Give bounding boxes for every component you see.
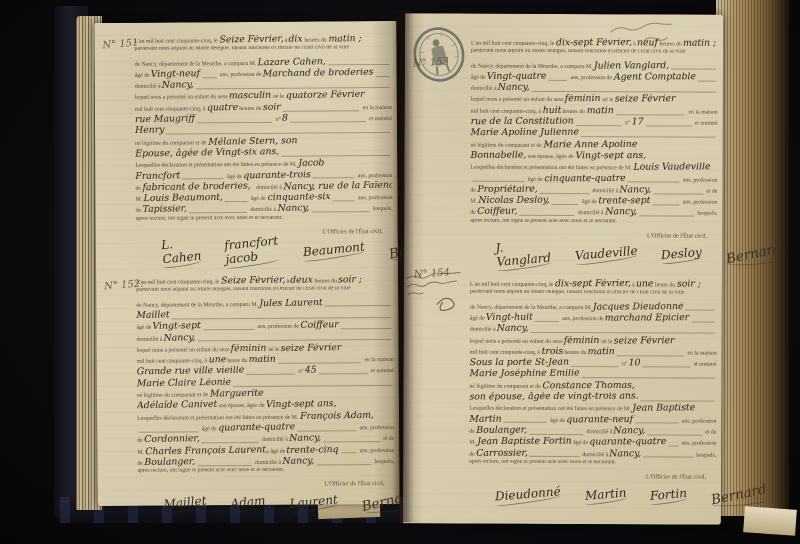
handwritten-text: une	[636, 279, 654, 288]
handwritten-text: Agent Comptable	[613, 72, 695, 82]
printed-text: né légitime du comparant et de	[469, 384, 542, 390]
printed-text: Lesquelles déclaration et présentation o…	[137, 415, 300, 422]
handwritten-text: Nancy,	[498, 83, 530, 92]
record-line: de Carrossier, domicilié à Nancy, lesque…	[469, 448, 716, 460]
ruled-line	[278, 361, 361, 364]
ruled-line	[283, 109, 360, 112]
handwritten-text: Jules Laurent	[259, 298, 322, 308]
printed-text: de Nancy, département de la Meurthe, a c…	[136, 303, 259, 310]
printed-text: âgé de	[135, 74, 151, 80]
printed-text: de	[469, 452, 476, 458]
printed-text: âgé de	[470, 317, 486, 323]
printed-text: né le	[267, 348, 281, 354]
handwritten-text: Seize Février,	[219, 34, 283, 44]
handwritten-text: quarante-trois	[243, 170, 311, 180]
printed-text: domicilié à	[581, 453, 610, 459]
handwritten-text: Nancy,	[164, 333, 196, 343]
handwritten-text: fabricant de broderies,	[142, 181, 250, 192]
ruled-line	[316, 463, 371, 465]
printed-text: et nommé	[369, 369, 393, 375]
handwritten-text: deux	[290, 275, 313, 285]
printed-text: de	[135, 187, 142, 193]
printed-text: âgé de	[549, 419, 567, 425]
handwritten-text: Nancy,	[497, 324, 529, 333]
handwritten-text: Vingt-quatre	[487, 72, 547, 82]
printed-text: mil huit cent cinquante-cinq, à	[135, 107, 207, 113]
ruled-line	[576, 124, 622, 126]
record-body: L'an mil huit cent cinquante-cinq, le di…	[469, 279, 717, 472]
handwritten-text: Henry	[135, 126, 164, 136]
printed-text: pardevant nous adjoint au Maire délégué,…	[470, 290, 685, 297]
printed-text: âgé de	[581, 200, 599, 206]
printed-text: après lecture, ont signé le présent acte…	[470, 218, 617, 225]
ruled-line	[648, 433, 702, 435]
handwritten-text: Nancy,	[282, 456, 314, 466]
printed-text: âgé de	[249, 197, 267, 203]
underlying-page-corner	[743, 506, 797, 536]
book-gutter-shadow	[392, 10, 414, 522]
handwritten-text: quarante-quatre	[589, 437, 666, 447]
ruled-line	[323, 440, 380, 442]
record-body: L'an mil huit cent cinquante-cinq, le di…	[470, 38, 718, 231]
printed-text: âgé de	[226, 175, 244, 181]
handwritten-text: Nancy, rue de la Faïencerie	[283, 181, 392, 192]
signatures-row: J. VanglardVaudevilleDesloy Bernard	[470, 239, 717, 270]
printed-text: heures du	[238, 107, 263, 113]
handwritten-text: François Adam,	[300, 411, 374, 421]
printed-text: domicilié à	[585, 430, 614, 436]
printed-text: et de	[704, 431, 716, 437]
ruled-line	[691, 320, 715, 322]
handwritten-text: matin ;	[328, 34, 361, 44]
ruled-line	[653, 192, 702, 194]
handwritten-text: Marie Anne Apoline	[543, 140, 637, 150]
handwritten-text: Nancy,	[277, 204, 309, 214]
signature: Martin	[584, 486, 627, 505]
ruled-line	[341, 452, 356, 454]
ruled-line	[297, 429, 356, 431]
handwritten-text: soir	[263, 102, 281, 112]
printed-text: heures du	[561, 110, 586, 116]
ruled-line	[617, 354, 684, 356]
ruled-line	[203, 328, 254, 330]
birth-record-153: N° 153 L'an mil huit cent cinquante-cinq…	[470, 38, 718, 270]
ruled-line	[581, 376, 714, 379]
printed-text: en la maison	[361, 106, 392, 112]
ruled-line	[581, 135, 716, 138]
record-line: après lecture, ont signé le présent acte…	[470, 218, 717, 230]
printed-text: son épouse, âgée de	[217, 404, 266, 410]
signature: Adam	[230, 494, 266, 513]
ruled-line	[472, 180, 524, 182]
handwritten-text: marchand Épicier	[605, 313, 689, 323]
printed-text: domicilié à	[471, 87, 498, 93]
handwritten-text: rue Maugriff	[135, 114, 195, 124]
handwritten-text: quatorze Février	[285, 90, 364, 100]
printed-text: lequel nous a présenté un enfant du sexe	[471, 98, 565, 104]
handwritten-text: trente-sept	[598, 196, 650, 206]
printed-text: de Nancy, département de la Meurthe, a c…	[471, 64, 594, 70]
ruled-line	[639, 215, 694, 217]
handwritten-text: féminin	[565, 94, 601, 104]
record-line: son épouse, âgée de vingt-trois ans.	[469, 392, 716, 404]
ruled-line	[641, 399, 715, 401]
printed-text: Lesquelles déclaration et présentation o…	[469, 407, 632, 414]
printed-text: lesquels,	[371, 207, 392, 213]
handwritten-text: rue de la Constitution	[471, 117, 574, 127]
printed-text: et nommé	[368, 117, 392, 123]
handwritten-text: Boulanger,	[476, 425, 527, 435]
ruled-line	[172, 316, 392, 320]
ruled-line	[535, 320, 559, 322]
printed-text: lesquels,	[695, 453, 716, 459]
ruled-line	[325, 304, 392, 306]
ruled-line	[668, 444, 678, 446]
handwritten-text: Jean Baptiste Fortin	[477, 437, 571, 447]
handwritten-text: Marie Joséphine Émilie	[470, 369, 580, 379]
signature: Beaumont	[302, 240, 365, 262]
printed-text: de Nancy, département de la Meurthe, a c…	[135, 62, 258, 69]
printed-text: ans, profession	[358, 448, 394, 454]
handwritten-text: Adélaïde Canivet	[137, 400, 217, 411]
ruled-line	[615, 113, 685, 115]
handwritten-text: soir ;	[338, 275, 362, 285]
printed-text: pardevant nous adjoint au Maire délégué,…	[471, 49, 686, 56]
ruled-line	[319, 372, 368, 374]
printed-text: ans, profession	[356, 174, 392, 180]
printed-text: heures du	[303, 38, 328, 44]
ruled-line	[685, 309, 714, 311]
handwritten-text: Louis Vaudeville	[633, 163, 710, 173]
signature: Fortin	[650, 486, 688, 505]
printed-text: en la maison	[687, 110, 718, 116]
ruled-line	[375, 75, 389, 77]
ruled-line	[552, 203, 579, 205]
printed-text: n°	[623, 121, 631, 127]
printed-text: de	[137, 439, 144, 445]
printed-text: âgé de	[526, 177, 544, 183]
handwritten-text: Marchand de broderies	[263, 68, 374, 79]
ruled-line	[290, 120, 365, 123]
handwritten-text: Boulanger,	[144, 457, 195, 467]
printed-text: ans, profession de	[218, 73, 262, 79]
ruled-line	[627, 181, 679, 183]
handwritten-text: Charles François Laurent,	[145, 445, 269, 456]
printed-text: en la maison	[686, 351, 717, 357]
handwritten-text: matin	[586, 106, 613, 115]
handwritten-text: Propriétaire,	[477, 184, 537, 194]
handwritten-text: Vingt-huit	[486, 313, 533, 323]
handwritten-text: quarante-neuf	[566, 415, 633, 425]
ruled-line	[196, 86, 390, 89]
register-page-left: N° 151 L'an mil huit cent cinquante-cinq…	[94, 21, 399, 506]
printed-text: âgé de	[572, 441, 590, 447]
handwritten-text: 8	[282, 114, 288, 123]
printed-text: âgé de	[471, 75, 487, 81]
ruled-line	[635, 422, 678, 424]
printed-text: mil huit cent cinquante-cinq, à	[470, 350, 542, 356]
handwritten-text: Jacques Dieudonné	[593, 302, 684, 312]
handwritten-text: Nancy,	[614, 426, 646, 435]
ruled-line	[645, 124, 691, 126]
signature: J. Vanglard	[495, 237, 552, 271]
handwritten-text: Nancy,	[605, 208, 637, 217]
ruled-line	[246, 373, 295, 375]
handwritten-text: Julien Vanglard,	[594, 61, 669, 71]
ruled-line	[313, 177, 355, 179]
printed-text: de Nancy, département de la Meurthe, a c…	[470, 305, 593, 311]
signature: Laurent	[289, 493, 339, 513]
handwritten-text: Mélanie Stern, son	[208, 136, 297, 147]
signature: francfort jacob	[224, 234, 281, 269]
handwritten-text: Carrossier,	[476, 448, 528, 458]
ruled-line	[529, 433, 583, 435]
printed-text: domicilié à	[260, 438, 289, 444]
printed-text: ans, profession	[681, 178, 717, 184]
handwritten-text: seize Février	[615, 95, 676, 105]
ruled-line	[328, 63, 390, 65]
birth-record-154: N° 154 L'an mil huit cent cinquante-cinq…	[469, 279, 717, 511]
scanned-register-photo: N° 151 L'an mil huit cent cinquante-cinq…	[0, 0, 800, 544]
printed-text: et de	[705, 189, 717, 195]
handwritten-text: Martin	[469, 414, 501, 423]
printed-text: M.	[470, 200, 478, 206]
handwritten-text: seize Février	[281, 343, 342, 353]
printed-text: lequel nous a présenté un enfant du sexe	[470, 339, 564, 345]
printed-text: L'an mil huit cent cinquante-cinq, le	[471, 42, 556, 48]
printed-text: après lecture, ont signé le présent acte…	[137, 468, 284, 475]
ruled-line	[571, 365, 619, 367]
handwritten-text: Vingt-sept	[153, 321, 201, 331]
ruled-line	[540, 192, 589, 194]
ruled-line	[166, 131, 390, 135]
printed-text: ans, profession	[358, 426, 394, 432]
printed-text: et nommé	[692, 363, 716, 369]
printed-text: heures du	[563, 351, 588, 357]
printed-text: domicilié à	[135, 85, 162, 91]
handwritten-text: matin ;	[683, 38, 716, 47]
printed-text: M.	[137, 450, 145, 456]
handwritten-text: féminin	[231, 344, 267, 354]
handwritten-text: Nancy,	[289, 434, 321, 444]
ruled-line	[519, 214, 574, 216]
ruled-line	[671, 68, 716, 70]
printed-text: heure du	[226, 359, 249, 365]
printed-text: son épouse, âgée de	[526, 155, 575, 161]
handwritten-text: Marie Apoline Julienne	[471, 128, 579, 138]
signatures-row: MailletAdamLaurent Bernard	[138, 487, 395, 519]
record-number: N° 151	[102, 38, 139, 52]
printed-text: M.	[469, 441, 477, 447]
printed-text: âgé de	[136, 326, 152, 332]
handwritten-text: huit	[542, 106, 561, 115]
signature: Maillet	[163, 494, 207, 514]
handwritten-text: son épouse, âgée de vingt-trois ans.	[469, 392, 638, 402]
printed-text: n°	[297, 370, 305, 376]
printed-text: ans, profession	[680, 442, 716, 448]
handwritten-text: 10	[629, 358, 641, 367]
record-body: L'an mil huit cent cinquante-cinq, le Se…	[136, 275, 394, 480]
handwritten-text: trente-cinq	[287, 445, 339, 455]
record-body: L'an mil huit cent cinquante-cinq, le Se…	[134, 34, 392, 228]
handwritten-text: dix-sept Février,	[556, 38, 632, 48]
ruled-line	[504, 421, 547, 423]
ruled-line	[281, 154, 390, 157]
printed-text: né le	[600, 340, 614, 346]
record-line: après lecture, ont signé le présent acte…	[136, 215, 393, 228]
handwritten-text: seize Février	[614, 336, 675, 346]
printed-text: heures du	[313, 279, 338, 285]
printed-text: ans, profession	[680, 419, 716, 425]
ruled-line	[311, 210, 369, 212]
printed-text: de	[470, 211, 477, 217]
handwritten-text: Vingt-sept ans,	[266, 399, 337, 410]
printed-text: après lecture, ont signé le présent acte…	[469, 459, 616, 466]
handwritten-text: Nancy,	[610, 449, 642, 458]
ruled-line	[532, 90, 716, 93]
printed-text: domicilié à	[470, 328, 497, 334]
ruled-line	[652, 203, 679, 205]
printed-text: mil huit cent cinquante-cinq, à	[471, 109, 543, 115]
ruled-line	[642, 365, 690, 367]
printed-text: pardevant nous adjoint au Maire délégué,…	[136, 287, 351, 294]
handwritten-text: soir ;	[676, 280, 700, 289]
printed-text: heure du	[654, 283, 677, 289]
ruled-line	[189, 211, 247, 213]
printed-text: de	[137, 462, 144, 468]
signature: Vaudeville	[574, 244, 638, 265]
ruled-line	[139, 430, 198, 432]
printed-text: lequel nous a présenté un enfant du sexe	[135, 96, 230, 103]
printed-text: mil huit cent cinquante-cinq, à	[137, 359, 209, 365]
printed-text: ans, profession de	[569, 76, 613, 82]
handwritten-text: féminin	[564, 336, 600, 346]
handwritten-text: Nicolas Desloy,	[478, 196, 549, 206]
handwritten-text: Coiffeur,	[477, 207, 517, 217]
handwritten-text: Jacob	[298, 159, 324, 169]
signatures-row: DieudonnéMartinFortin Bernard	[469, 480, 716, 511]
printed-text: domicilié à	[576, 212, 605, 218]
printed-text: de	[136, 209, 143, 215]
handwritten-text: 17	[631, 117, 643, 126]
handwritten-text: quatre	[207, 103, 238, 113]
printed-text: heures du	[658, 42, 683, 48]
printed-text: de	[470, 188, 477, 194]
handwritten-text: dix-sept Février,	[555, 279, 631, 289]
handwritten-text: Tapissier,	[142, 205, 186, 215]
handwritten-text: Nancy,	[620, 185, 652, 194]
handwritten-text: cinquante-six	[267, 192, 330, 202]
birth-record-152: N° 152. L'an mil huit cent cinquante-cin…	[136, 275, 395, 519]
handwritten-text: Vingt-sept ans,	[575, 151, 646, 161]
register-page-right: N° 153 L'an mil huit cent cinquante-cinq…	[403, 13, 723, 524]
printed-text: en la maison	[363, 358, 394, 364]
printed-text: ans, profession	[681, 201, 717, 207]
printed-text: L'an mil huit cent cinquante-cinq, le	[470, 283, 555, 289]
printed-text: âgé de	[200, 427, 218, 433]
handwritten-text: Bonnabelle,	[470, 151, 526, 161]
handwritten-text: matin	[588, 347, 615, 356]
signature: Desloy	[661, 245, 703, 264]
ruled-line	[549, 79, 567, 81]
handwritten-text: quarante-quatre	[218, 422, 295, 433]
ruled-line	[225, 200, 247, 202]
printed-text: M.	[136, 198, 144, 204]
ruled-line	[332, 199, 354, 201]
printed-text: né légitime du comparant et de	[135, 141, 208, 147]
handwritten-text: Grande rue ville vieille	[137, 366, 245, 377]
ruled-line	[197, 121, 272, 124]
birth-record-151: N° 151 L'an mil huit cent cinquante-cinq…	[134, 34, 393, 267]
ruled-line	[530, 455, 579, 457]
printed-text: âgé de	[269, 449, 287, 455]
handwritten-text: Lazare Cahen,	[258, 57, 326, 67]
ruled-line	[197, 464, 252, 466]
printed-text: lequel nous a présenté un enfant du sexe	[137, 348, 232, 355]
printed-text: ans, profession	[357, 196, 393, 202]
printed-text: ans, profession de	[561, 317, 605, 323]
handwritten-text: Jean Baptiste	[632, 404, 695, 414]
handwritten-text: Francfort	[135, 171, 180, 181]
printed-text: Lesquelles déclaration et présentation o…	[470, 166, 633, 173]
ruled-line	[341, 327, 392, 329]
printed-text: domicilié à	[591, 189, 620, 195]
margin-note-scrawl	[404, 264, 472, 321]
ruled-line	[202, 76, 216, 78]
handwritten-text: neuf	[637, 38, 658, 47]
ruled-line	[233, 384, 392, 387]
printed-text: de	[469, 429, 476, 435]
printed-text: domicilié à	[254, 461, 283, 467]
printed-text: né légitime du comparant et de	[137, 393, 210, 399]
handwritten-text: Marguerite	[210, 389, 264, 399]
record-line: après lecture, ont signé le présent acte…	[469, 459, 716, 471]
handwritten-text: Sous la porte St-Jean	[470, 358, 569, 368]
printed-text: Lesquelles déclaration et présentation o…	[135, 163, 298, 170]
handwritten-text: matin	[249, 355, 276, 365]
ruled-line	[697, 79, 715, 81]
printed-text: né le	[601, 99, 615, 105]
ruled-line	[182, 178, 224, 180]
handwritten-text: Cordonnier,	[144, 434, 200, 444]
printed-text: domicilié à	[255, 186, 284, 192]
printed-text: domicilié à	[137, 337, 164, 343]
printed-text: pardevant nous adjoint au Maire délégué,…	[134, 46, 349, 53]
record-line: après lecture, ont signé le présent acte…	[137, 467, 394, 480]
handwritten-text: 45	[305, 366, 317, 376]
signatures-row: L. Cahenfrancfort jacobBeaumont Bernard	[136, 235, 393, 267]
printed-text: L'an mil huit cent cinquante-cinq, le	[136, 280, 221, 286]
ruled-line	[643, 456, 692, 458]
ruled-line	[531, 331, 715, 334]
handwritten-text: Nancy,	[162, 80, 194, 90]
printed-text: lesquels,	[696, 212, 717, 218]
handwritten-text: Maillet	[136, 310, 169, 320]
signature: L. Cahen	[161, 235, 203, 269]
printed-text: né le	[272, 95, 286, 101]
handwritten-text: cinquante-quatre	[544, 173, 625, 183]
printed-text: après lecture, ont signé le présent acte…	[136, 216, 283, 223]
handwritten-text: Marie Claire Léonie	[137, 377, 231, 388]
ruled-line	[202, 441, 259, 443]
ruled-line	[198, 338, 392, 341]
handwritten-text: Constance Thomas,	[542, 381, 634, 391]
record-number: N° 153	[413, 56, 450, 69]
printed-text: et nommé	[693, 122, 717, 128]
handwritten-text: dix	[289, 35, 303, 45]
printed-text: ans, profession de	[256, 325, 300, 331]
handwritten-text: Seize Février,	[221, 275, 285, 285]
